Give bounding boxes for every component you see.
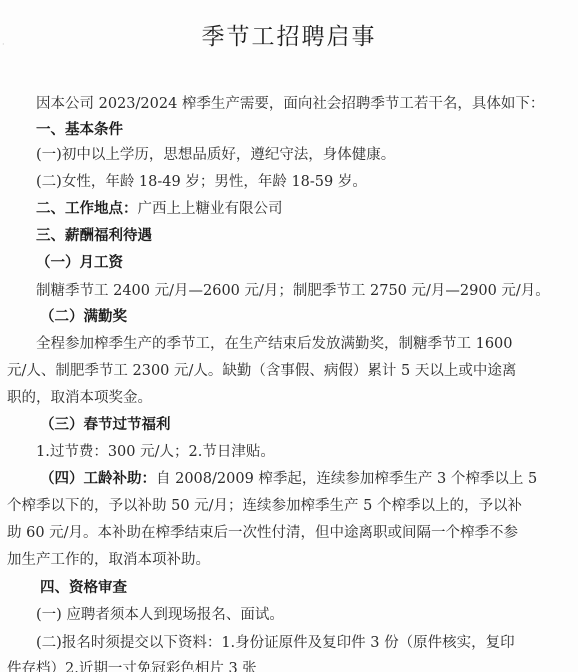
section-2-heading: 二、工作地点： — [36, 200, 138, 217]
attendance-bonus-line-3: 职的，取消本项奖金。 — [7, 388, 152, 408]
subsection-spring-festival-heading: （三）春节过节福利 — [40, 415, 171, 435]
recruitment-notice-page: · 季节工招聘启事 因本公司 2023/2024 榨季生产需要，面向社会招聘季节… — [0, 0, 578, 672]
intro-paragraph: 因本公司 2023/2024 榨季生产需要，面向社会招聘季节工若干名，具体如下： — [36, 94, 544, 114]
subsection-monthly-wage-heading: （一）月工资 — [36, 253, 123, 273]
document-title: 季节工招聘启事 — [0, 18, 578, 51]
seniority-subsidy-line-2: 个榨季以下的，予以补助 50 元/月；连续参加榨季生产 5 个榨季以上的，予以补 — [7, 496, 522, 516]
seniority-subsidy-line-1: （四）工龄补助：自 2008/2009 榨季起，连续参加榨季生产 3 个榨季以上… — [40, 469, 537, 489]
monthly-wage-text: 制糖季节工 2400 元/月—2600 元/月；制肥季节工 2750 元/月—2… — [36, 281, 550, 301]
subsection-seniority-heading: （四）工龄补助： — [40, 470, 156, 487]
section-4-item-2-cont: 件存档）2.近期一寸免冠彩色相片 3 张 — [7, 659, 257, 672]
section-4-heading: 四、资格审查 — [40, 578, 127, 598]
seniority-subsidy-line-3: 助 60 元/月。本补助在榨季结束后一次性付清，但中途离职或间隔一个榨季不参 — [7, 523, 518, 543]
section-2-line: 二、工作地点：广西上上糖业有限公司 — [36, 199, 283, 219]
section-4-item-1: (一) 应聘者须本人到现场报名、面试。 — [36, 605, 284, 625]
section-3-heading: 三、薪酬福利待遇 — [36, 226, 152, 246]
spring-festival-text: 1.过节费：300 元/人；2.节日津贴。 — [36, 442, 275, 462]
attendance-bonus-line-1: 全程参加榨季生产的季节工，在生产结束后发放满勤奖，制糖季节工 1600 — [36, 334, 513, 354]
section-1-item-1: (一)初中以上学历，思想品质好，遵纪守法，身体健康。 — [36, 145, 395, 165]
work-location: 广西上上糖业有限公司 — [138, 201, 283, 217]
seniority-subsidy-text-1: 自 2008/2009 榨季起，连续参加榨季生产 3 个榨季以上 5 — [156, 471, 537, 487]
section-1-heading: 一、基本条件 — [36, 120, 123, 140]
seniority-subsidy-line-4: 加生产工作的，取消本项补助。 — [7, 550, 210, 570]
section-1-item-2: (二)女性，年龄 18-49 岁；男性，年龄 18-59 岁。 — [36, 172, 367, 192]
attendance-bonus-line-2: 元/人、制肥季节工 2300 元/人。缺勤（含事假、病假）累计 5 天以上或中途… — [7, 361, 516, 381]
section-4-item-2: (二)报名时须提交以下资料：1.身份证原件及复印件 3 份（原件核实，复印 — [36, 633, 515, 653]
subsection-attendance-bonus-heading: （二）满勤奖 — [40, 307, 127, 327]
